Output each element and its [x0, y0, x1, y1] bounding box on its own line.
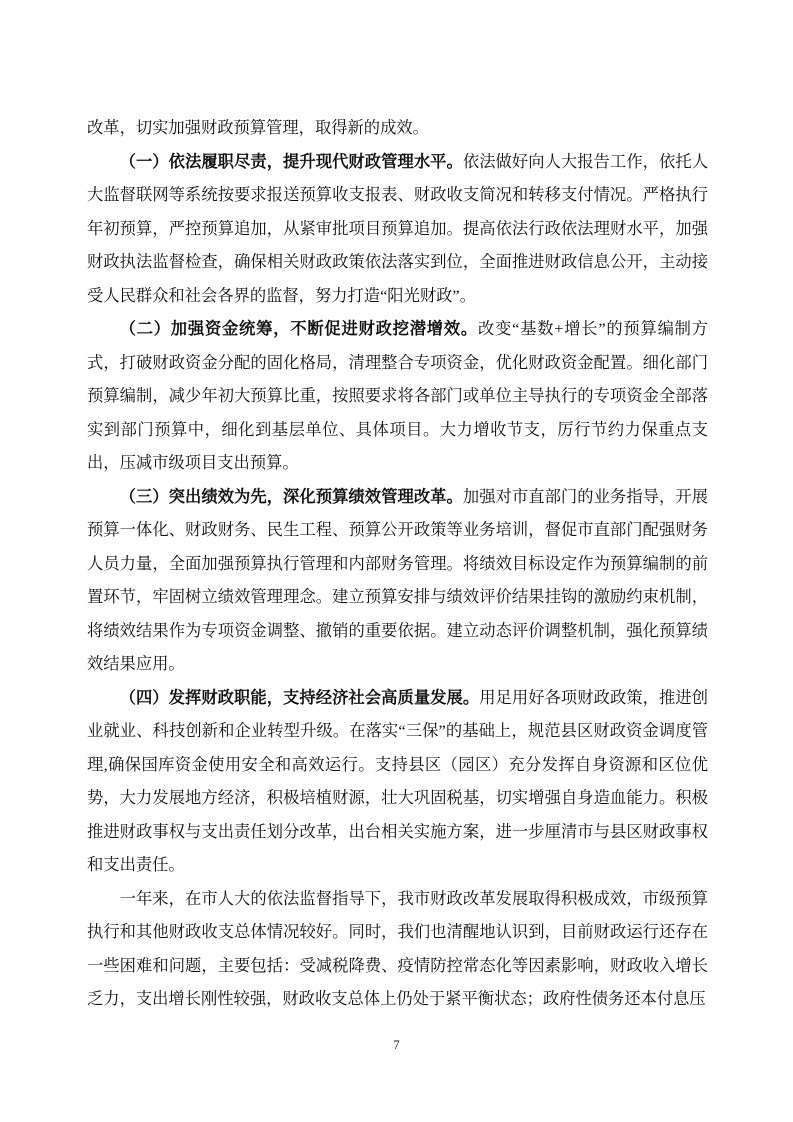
paragraph-section-3: （三）突出绩效为先，深化预算绩效管理改革。加强对市直部门的业务指导，开展预算一体… [87, 480, 708, 681]
paragraph-continuation: 改革，切实加强财政预算管理，取得新的成效。 [87, 111, 708, 145]
paragraph-lead: （三）突出绩效为先，深化预算绩效管理改革。 [120, 487, 463, 506]
paragraph-lead: （四）发挥财政职能，支持经济社会高质量发展。 [120, 688, 480, 707]
paragraph-lead: （一）依法履职尽责，提升现代财政管理水平。 [120, 152, 463, 171]
paragraph-text: 改革，切实加强财政预算管理，取得新的成效。 [87, 118, 429, 137]
paragraph-text: 依法做好向人大报告工作，依托人大监督联网等系统按要求报送预算收支报表、财政收支简… [87, 152, 708, 305]
paragraph-section-1: （一）依法履职尽责，提升现代财政管理水平。依法做好向人大报告工作，依托人大监督联… [87, 145, 708, 313]
paragraph-text: 加强对市直部门的业务指导，开展预算一体化、财政财务、民生工程、预算公开政策等业务… [87, 487, 708, 674]
paragraph-text: 一年来，在市人大的依法监督指导下，我市财政改革发展取得积极成效，市级预算执行和其… [87, 889, 708, 1009]
paragraph-section-4: （四）发挥财政职能，支持经济社会高质量发展。用足用好各项财政政策，推进创业就业、… [87, 681, 708, 882]
paragraph-lead: （二）加强资金统筹，不断促进财政挖潜增效。 [120, 319, 478, 338]
paragraph-summary: 一年来，在市人大的依法监督指导下，我市财政改革发展取得积极成效，市级预算执行和其… [87, 882, 708, 1016]
page-number: 7 [393, 1038, 399, 1052]
paragraph-text: 改变“基数+增长”的预算编制方式，打破财政资金分配的固化格局，清理整合专项资金，… [87, 319, 708, 472]
document-page: 改革，切实加强财政预算管理，取得新的成效。 （一）依法履职尽责，提升现代财政管理… [0, 0, 793, 1122]
paragraph-section-2: （二）加强资金统筹，不断促进财政挖潜增效。改变“基数+增长”的预算编制方式，打破… [87, 312, 708, 480]
document-body: 改革，切实加强财政预算管理，取得新的成效。 （一）依法履职尽责，提升现代财政管理… [87, 111, 708, 1016]
paragraph-text: 用足用好各项财政政策，推进创业就业、科技创新和企业转型升级。在落实“三保”的基础… [87, 688, 708, 875]
page-footer: 7 [0, 1036, 793, 1054]
